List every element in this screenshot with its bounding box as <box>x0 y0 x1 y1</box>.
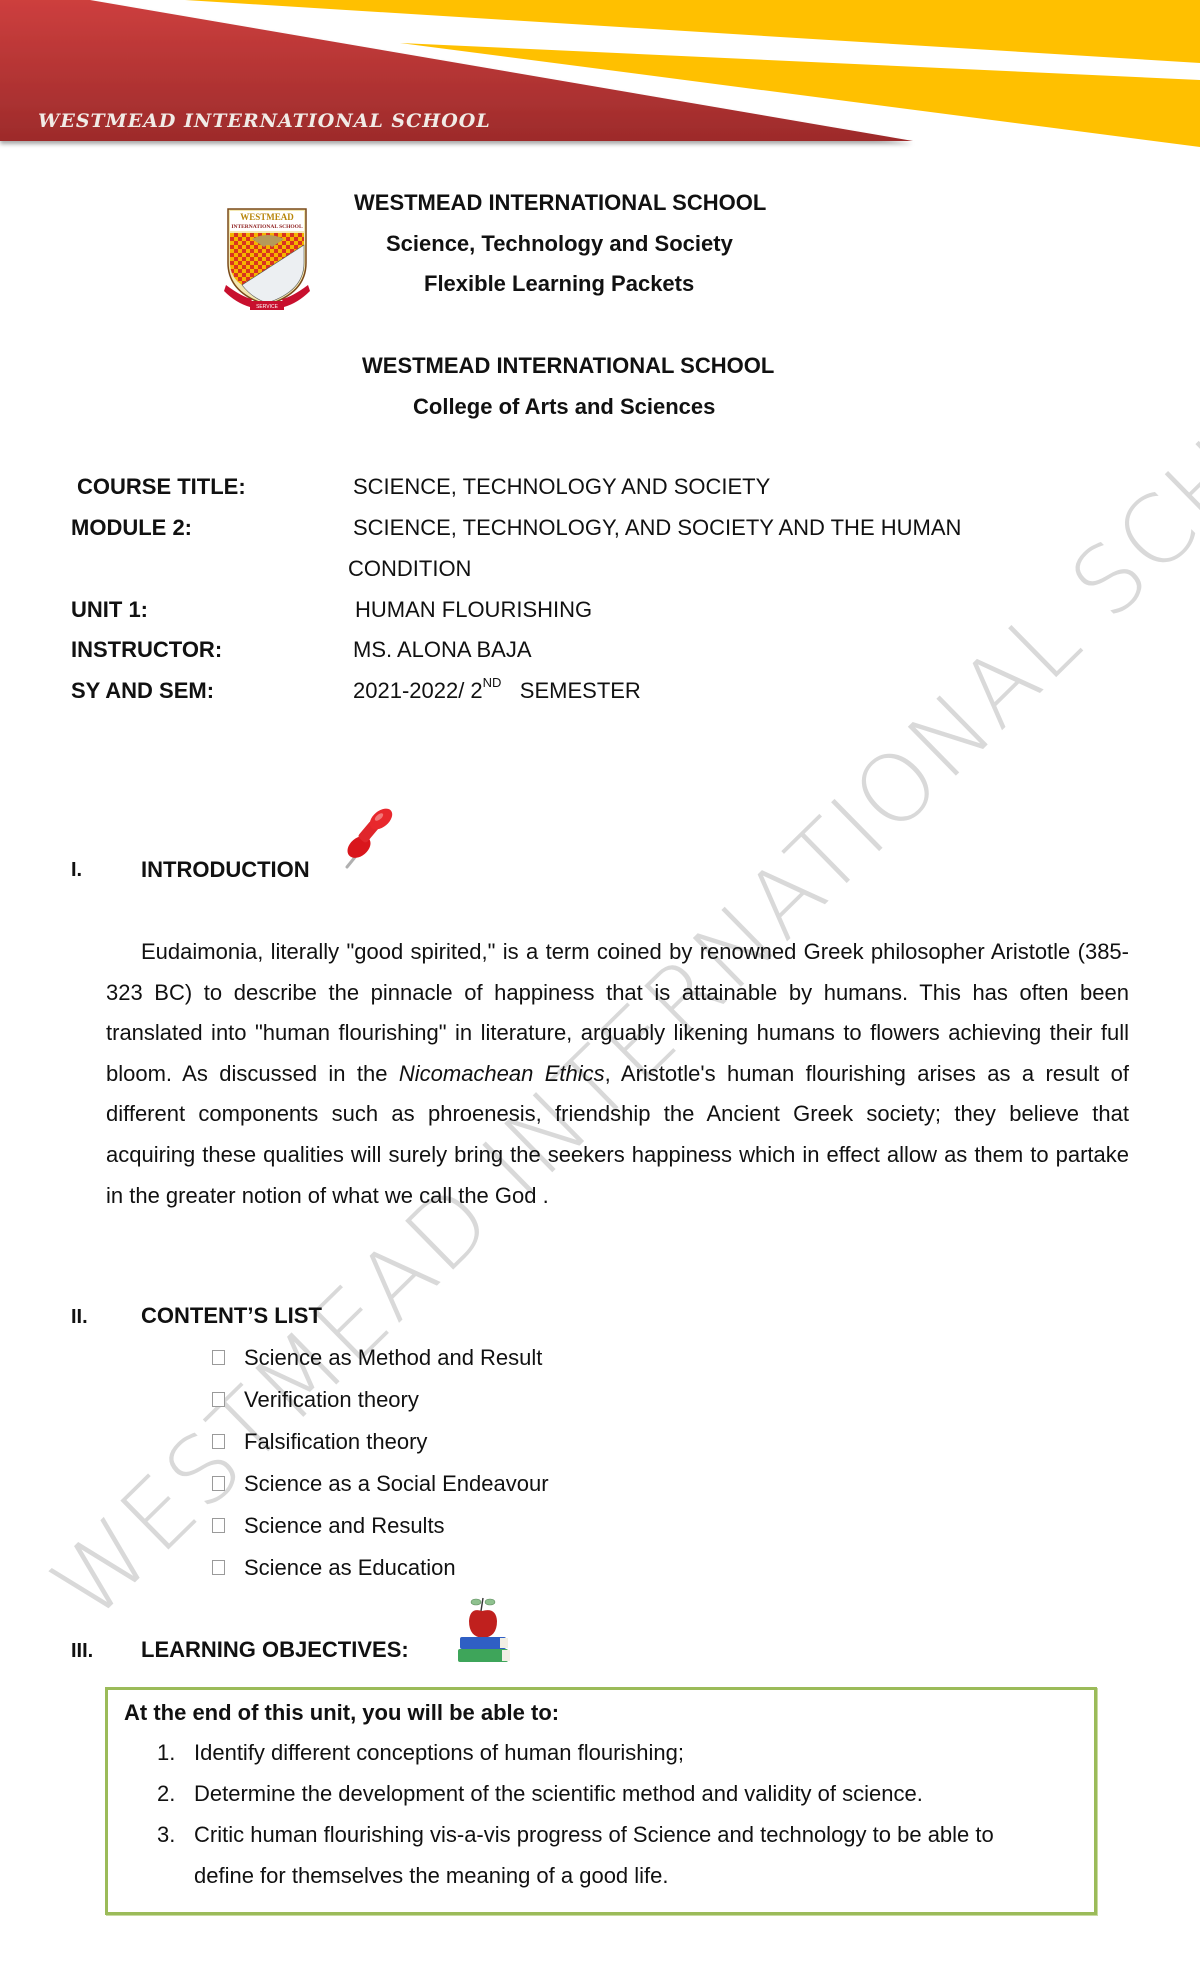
course-title-label: COURSE TITLE: <box>77 474 246 500</box>
school-year: 2021-2022/ 2 <box>353 678 483 703</box>
objective-number: 2. <box>157 1781 194 1807</box>
objective-item: 1.Identify different conceptions of huma… <box>157 1740 684 1766</box>
module-label: MODULE 2: <box>71 515 192 541</box>
objective-item: 3.Critic human flourishing vis-a-vis pro… <box>157 1822 994 1848</box>
svg-text:WESTMEAD: WESTMEAD <box>240 212 294 222</box>
apple-on-books-icon <box>452 1593 518 1665</box>
sy-sem-value: 2021-2022/ 2ND SEMESTER <box>353 678 641 704</box>
objective-item: 2.Determine the development of the scien… <box>157 1781 923 1807</box>
checkbox-icon <box>212 1560 225 1575</box>
section-title-intro: INTRODUCTION <box>141 857 310 883</box>
content-list-item: Science as Education <box>212 1555 456 1581</box>
school-crest-icon: WESTMEAD INTERNATIONAL SCHOOL SERVICE <box>222 205 312 313</box>
content-list-item: Falsification theory <box>212 1429 427 1455</box>
header-course-name: Science, Technology and Society <box>386 231 733 257</box>
content-list-item: Science and Results <box>212 1513 445 1539</box>
content-item-label: Science and Results <box>244 1513 445 1538</box>
content-list-item: Science as Method and Result <box>212 1345 542 1371</box>
instructor-label: INSTRUCTOR: <box>71 637 222 663</box>
module-value: SCIENCE, TECHNOLOGY, AND SOCIETY AND THE… <box>353 515 961 541</box>
content-item-label: Science as a Social Endeavour <box>244 1471 549 1496</box>
section-number-objectives: III. <box>71 1640 93 1663</box>
pushpin-icon <box>325 795 410 880</box>
semester-ordinal: ND <box>483 675 502 690</box>
objective-number: 1. <box>157 1740 194 1766</box>
svg-text:INTERNATIONAL SCHOOL: INTERNATIONAL SCHOOL <box>231 224 303 230</box>
module-value-cont: CONDITION <box>348 556 471 582</box>
objective-text-cont: define for themselves the meaning of a g… <box>194 1863 669 1889</box>
header-school-name-2: WESTMEAD INTERNATIONAL SCHOOL <box>362 353 774 379</box>
checkbox-icon <box>212 1392 225 1407</box>
intro-book-title: Nicomachean Ethics <box>399 1061 605 1086</box>
course-title-value: SCIENCE, TECHNOLOGY AND SOCIETY <box>353 474 770 500</box>
header-college-name: College of Arts and Sciences <box>413 394 715 420</box>
unit-value: HUMAN FLOURISHING <box>355 597 592 623</box>
objectives-intro: At the end of this unit, you will be abl… <box>124 1700 559 1726</box>
content-item-label: Verification theory <box>244 1387 419 1412</box>
header-packet-title: Flexible Learning Packets <box>424 271 694 297</box>
banner-school-name: WESTMEAD INTERNATIONAL SCHOOL <box>38 110 491 132</box>
content-item-label: Science as Education <box>244 1555 456 1580</box>
checkbox-icon <box>212 1350 225 1365</box>
objective-text: Determine the development of the scienti… <box>194 1781 923 1806</box>
introduction-paragraph: Eudaimonia, literally "good spirited," i… <box>106 932 1129 1216</box>
unit-label: UNIT 1: <box>71 597 148 623</box>
section-number-contents: II. <box>71 1306 88 1329</box>
content-list-item: Science as a Social Endeavour <box>212 1471 549 1497</box>
header-banner <box>0 0 1200 190</box>
semester: SEMESTER <box>520 678 641 703</box>
instructor-value: MS. ALONA BAJA <box>353 637 532 663</box>
checkbox-icon <box>212 1518 225 1533</box>
content-item-label: Falsification theory <box>244 1429 427 1454</box>
objective-number: 3. <box>157 1822 194 1848</box>
section-title-objectives: LEARNING OBJECTIVES: <box>141 1637 409 1663</box>
checkbox-icon <box>212 1434 225 1449</box>
objective-text: Critic human flourishing vis-a-vis progr… <box>194 1822 994 1847</box>
content-item-label: Science as Method and Result <box>244 1345 542 1370</box>
section-number-intro: I. <box>71 859 82 882</box>
svg-text:SERVICE: SERVICE <box>256 304 279 310</box>
content-list-item: Verification theory <box>212 1387 419 1413</box>
objective-text: Identify different conceptions of human … <box>194 1740 684 1765</box>
header-school-name: WESTMEAD INTERNATIONAL SCHOOL <box>354 190 766 216</box>
sy-sem-label: SY AND SEM: <box>71 678 214 704</box>
section-title-contents: CONTENT’S LIST <box>141 1303 322 1329</box>
checkbox-icon <box>212 1476 225 1491</box>
